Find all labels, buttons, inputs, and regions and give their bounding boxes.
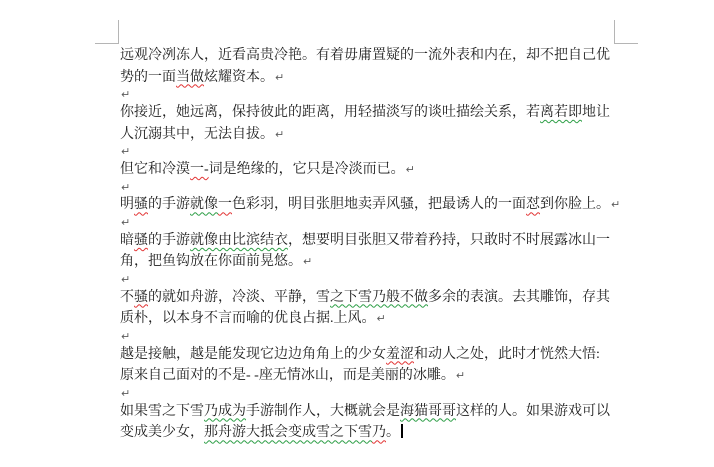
- text-line[interactable]: 变成美少女，那舟游大抵会变成雪之下雪乃。: [120, 422, 620, 444]
- spellcheck-flagged-text: 骚: [134, 290, 148, 305]
- text-run: 的就如舟游，冷淡、平静，雪: [148, 290, 330, 305]
- text-line[interactable]: 越是接触，越是能发现它边边角角上的少女羞涩和动人之处，此时才恍然大悟:: [120, 344, 620, 366]
- text-boundary-corner-top-right: [614, 20, 638, 44]
- text-run: 但它和冷漠: [120, 162, 190, 177]
- paragraph-mark-icon: ↵: [121, 145, 130, 158]
- text-run: 人沉溺其中，无法自拔。: [120, 127, 274, 142]
- text-line[interactable]: 质朴，以本身不言而喻的优良占据.上风。↵: [120, 308, 620, 330]
- text-line[interactable]: 如果雪之下雪乃成为手游制作人，大概就会是海猫哥哥这样的人。如果游戏可以: [120, 401, 620, 423]
- text-run: 和动人之处，此时才恍然大悟:: [414, 347, 600, 362]
- text-run: 地让: [582, 105, 610, 120]
- paragraph-mark-icon: ↵: [121, 387, 130, 400]
- paragraph-mark-icon: ↵: [377, 312, 386, 325]
- text-run: 变成美少女，: [120, 425, 204, 440]
- text-line[interactable]: 原来自己面对的不是- -座无情冰山，而是美丽的冰雕。↵: [120, 365, 620, 387]
- empty-paragraph-line[interactable]: ↵: [120, 387, 620, 401]
- text-run: 手游制作人，大概就会是: [246, 404, 400, 419]
- text-line[interactable]: 人沉溺其中，无法自拔。↵: [120, 124, 620, 146]
- grammar-flagged-text: 就像: [190, 197, 218, 212]
- grammar-flagged-text: 海猫哥哥: [400, 404, 456, 419]
- text-run: 的手游: [148, 233, 190, 248]
- text-run: 到你脸上。: [540, 197, 610, 212]
- text-line[interactable]: 不骚的就如舟游，冷淡、平静，雪之下雪乃般不做多余的表演。去其雕饰，存其: [120, 287, 620, 309]
- empty-paragraph-line[interactable]: ↵: [120, 330, 620, 344]
- text-run: 你接近，她远离，保持彼此的距离，用轻描淡写的谈吐描绘关系，若: [120, 105, 540, 120]
- empty-paragraph-line[interactable]: ↵: [120, 88, 620, 102]
- text-run: 。: [386, 425, 400, 440]
- text-run: 暗: [120, 233, 134, 248]
- text-run: 多余的表演。去其雕饰，存其: [428, 290, 610, 305]
- text-run: 角，把鱼钩放在你面前晃悠。: [120, 254, 302, 269]
- paragraph-mark-icon: ↵: [456, 369, 465, 382]
- text-run: 远观冷冽冻人，近看高贵冷艳。有着毋庸置疑的一流外表和内在，却不把自己优: [120, 48, 610, 63]
- text-run: 越是接触，越是能发现它边边角角上的少女: [120, 347, 386, 362]
- text-run: 质朴，以本身不言而喻的优良占据.上风。: [120, 311, 376, 326]
- text-run: 色彩羽，明目张胆地卖弄风骚，把最诱人的一面: [232, 197, 526, 212]
- text-cursor: [401, 424, 403, 438]
- text-line[interactable]: 暗骚的手游就像由比滨结衣，想要明目张胆又带着矜持，只敢时不时展露冰山一: [120, 230, 620, 252]
- empty-paragraph-line[interactable]: ↵: [120, 145, 620, 159]
- paragraph-mark-icon: ↵: [275, 71, 284, 84]
- paragraph-mark-icon: ↵: [303, 255, 312, 268]
- text-line[interactable]: 角，把鱼钩放在你面前晃悠。↵: [120, 251, 620, 273]
- spellcheck-flagged-text: 一-: [190, 162, 209, 177]
- text-run: 这样的人。如果游戏可以: [456, 404, 610, 419]
- text-run: 炫耀资本。: [204, 70, 274, 85]
- text-run: 如果雪之下雪: [120, 404, 204, 419]
- grammar-flagged-text: 那舟游大抵会变成雪之下雪: [204, 425, 372, 440]
- spellcheck-flagged-text: 骚: [134, 233, 148, 248]
- spellcheck-flagged-text: 乃: [372, 425, 386, 440]
- empty-paragraph-line[interactable]: ↵: [120, 181, 620, 195]
- spellcheck-flagged-text: 怼: [526, 197, 540, 212]
- grammar-flagged-text: 就像由比滨结衣: [190, 233, 288, 248]
- spellcheck-flagged-text: 当做: [176, 70, 204, 85]
- empty-paragraph-line[interactable]: ↵: [120, 273, 620, 287]
- text-line[interactable]: 明骚的手游就像一色彩羽，明目张胆地卖弄风骚，把最诱人的一面怼到你脸上。↵: [120, 194, 620, 216]
- spellcheck-flagged-text: 一: [218, 197, 232, 212]
- grammar-flagged-text: 之下雪乃般不做: [330, 290, 428, 305]
- spellcheck-flagged-text: 骚: [134, 197, 148, 212]
- text-run: 势的一面: [120, 70, 176, 85]
- spellcheck-flagged-text: 羞涩: [386, 347, 414, 362]
- text-line[interactable]: 势的一面当做炫耀资本。↵: [120, 67, 620, 89]
- paragraph-mark-icon: ↵: [121, 216, 130, 229]
- text-line[interactable]: 远观冷冽冻人，近看高贵冷艳。有着毋庸置疑的一流外表和内在，却不把自己优: [120, 45, 620, 67]
- grammar-flagged-text: 离若即: [540, 105, 582, 120]
- grammar-flagged-text: 乃成为: [204, 404, 246, 419]
- text-run: 词是绝缘的，它只是冷淡而已。: [209, 162, 405, 177]
- paragraph-mark-icon: ↵: [275, 128, 284, 141]
- text-run: ，想要明目张胆又带着矜持，只敢时不时展露冰山一: [288, 233, 610, 248]
- text-run: 明: [120, 197, 134, 212]
- paragraph-mark-icon: ↵: [121, 330, 130, 343]
- paragraph-mark-icon: ↵: [121, 88, 130, 101]
- paragraph-mark-icon: ↵: [406, 163, 415, 176]
- text-run: 原来自己面对的不是- -座无情冰山，而是美丽的冰雕。: [120, 368, 455, 383]
- text-area[interactable]: 远观冷冽冻人，近看高贵冷艳。有着毋庸置疑的一流外表和内在，却不把自己优势的一面当…: [120, 45, 620, 444]
- paragraph-mark-icon: ↵: [121, 181, 130, 194]
- empty-paragraph-line[interactable]: ↵: [120, 216, 620, 230]
- text-line[interactable]: 你接近，她远离，保持彼此的距离，用轻描淡写的谈吐描绘关系，若离若即地让: [120, 102, 620, 124]
- text-run: 不: [120, 290, 134, 305]
- text-run: 的手游: [148, 197, 190, 212]
- paragraph-mark-icon: ↵: [611, 198, 620, 211]
- paragraph-mark-icon: ↵: [121, 273, 130, 286]
- word-document-page: { "page": { "background": "#ffffff", "te…: [0, 0, 714, 467]
- text-boundary-corner-top-left: [95, 20, 119, 44]
- text-line[interactable]: 但它和冷漠一-词是绝缘的，它只是冷淡而已。↵: [120, 159, 620, 181]
